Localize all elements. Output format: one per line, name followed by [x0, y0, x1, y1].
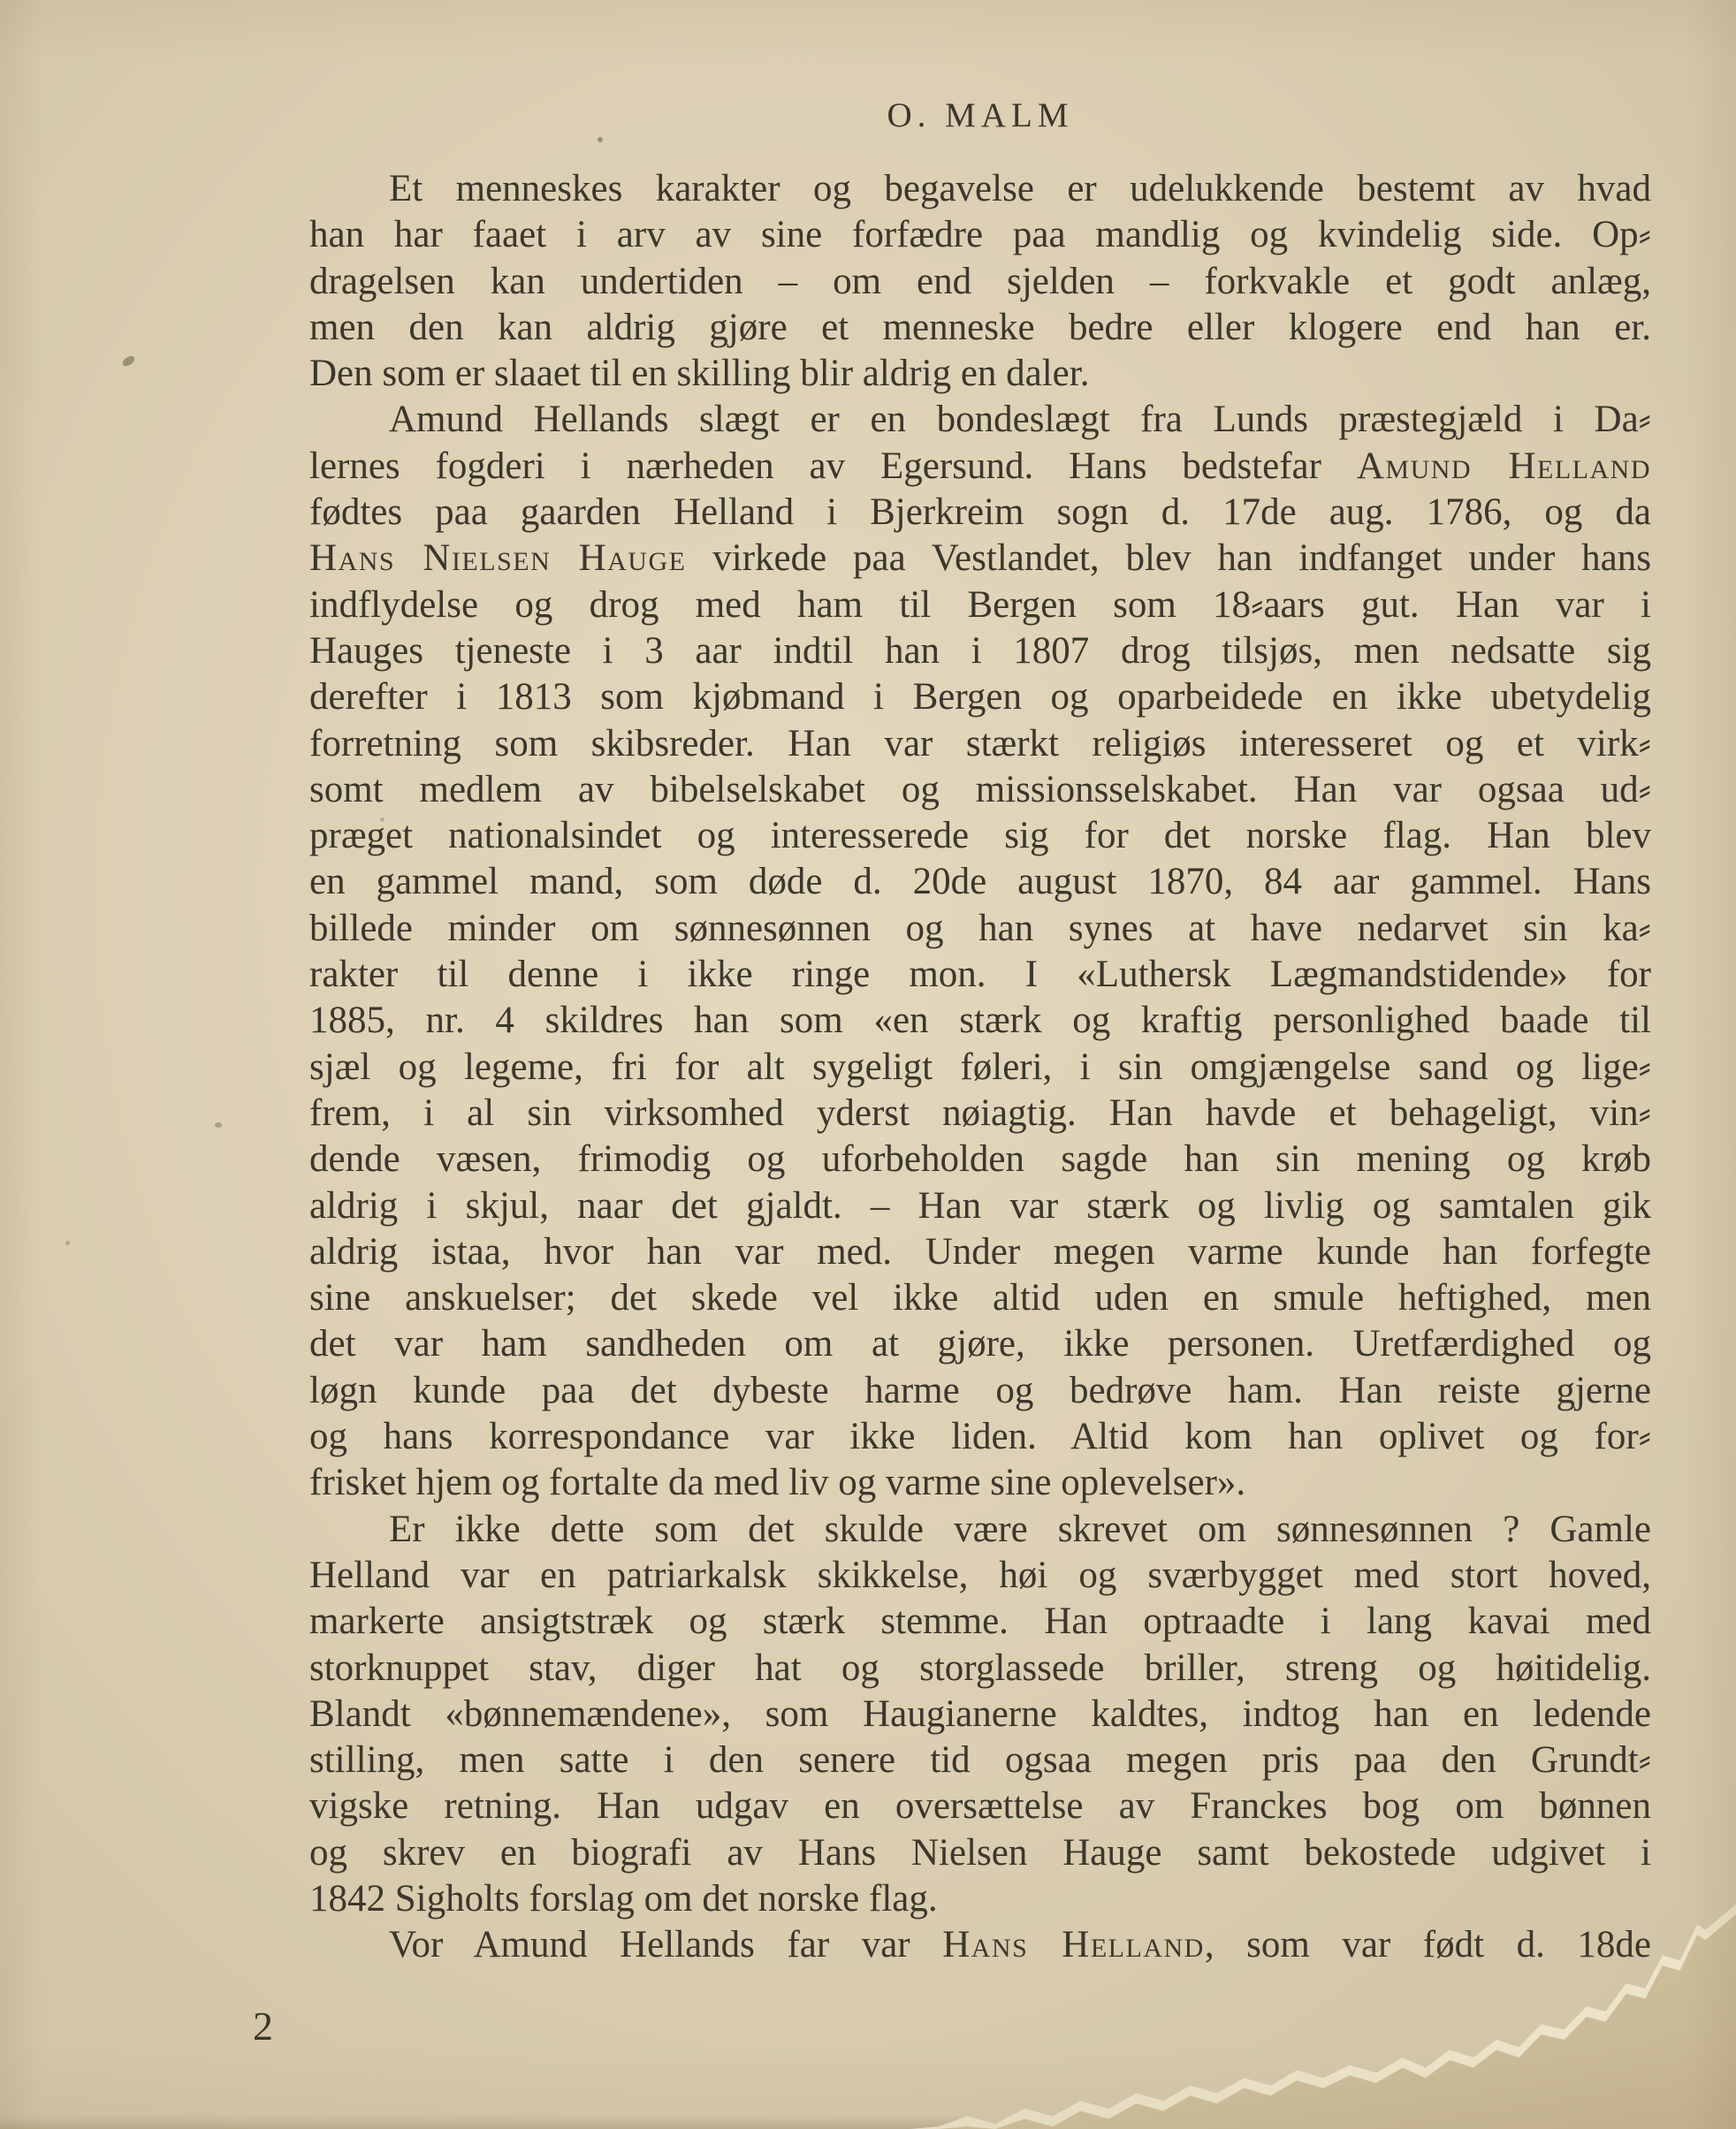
text-line: dende væsen, frimodig og uforbeholden sa…: [309, 1137, 1651, 1182]
page-header: O. MALM: [309, 95, 1651, 135]
text-line: frisket hjem og fortalte da med liv og v…: [309, 1460, 1651, 1506]
text-line: markerte ansigtstræk og stærk stemme. Ha…: [309, 1599, 1651, 1645]
text-line: Amund Hellands slægt er en bondeslægt fr…: [309, 397, 1651, 443]
text-segment: aldrig istaa, hvor han var med. Under me…: [309, 1231, 1651, 1273]
text-line: Hauges tjeneste i 3 aar indtil han i 180…: [309, 628, 1651, 674]
text-line: Er ikke dette som det skulde være skreve…: [309, 1507, 1651, 1553]
text-segment: Er ikke dette som det skulde være skreve…: [389, 1509, 1651, 1550]
person-name-smallcaps: Amund Helland: [1357, 445, 1651, 487]
text-line: aldrig i skjul, naar det gjaldt. – Han v…: [309, 1183, 1651, 1229]
text-segment: 1885, nr. 4 skildres han som «en stærk o…: [309, 1000, 1651, 1041]
text-segment: og skrev en biografi av Hans Nielsen Hau…: [309, 1832, 1651, 1874]
text-line: somt medlem av bibelselskabet og mission…: [309, 767, 1651, 813]
text-segment: en gammel mand, som døde d. 20de august …: [309, 861, 1651, 902]
text-segment: og hans korrespondance var ikke liden. A…: [309, 1416, 1651, 1457]
text-segment: Vor Amund Hellands far var: [389, 1924, 942, 1966]
text-segment: somt medlem av bibelselskabet og mission…: [309, 769, 1651, 810]
text-segment: Helland var en patriarkalsk skikkelse, h…: [309, 1555, 1651, 1596]
text-segment: sjæl og legeme, fri for alt sygeligt føl…: [309, 1046, 1651, 1088]
text-segment: derefter i 1813 som kjøbmand i Bergen og…: [309, 676, 1651, 718]
text-segment: løgn kunde paa det dybeste harme og bedr…: [309, 1370, 1651, 1411]
text-segment: forretning som skibsreder. Han var stærk…: [309, 723, 1651, 764]
text-line: dragelsen kan undertiden – om end sjelde…: [309, 259, 1651, 305]
text-segment: lernes fogderi i nærheden av Egersund. H…: [309, 445, 1357, 487]
text-line: og skrev en biografi av Hans Nielsen Hau…: [309, 1830, 1651, 1876]
text-line: Den som er slaaet til en skilling blir a…: [309, 351, 1651, 397]
text-line: billede minder om sønnesønnen og han syn…: [309, 906, 1651, 952]
text-line: det var ham sandheden om at gjøre, ikke …: [309, 1321, 1651, 1367]
text-line: 1885, nr. 4 skildres han som «en stærk o…: [309, 998, 1651, 1044]
underlying-page: [910, 1874, 1736, 2129]
text-line: aldrig istaa, hvor han var med. Under me…: [309, 1229, 1651, 1275]
text-segment: han har faaet i arv av sine forfædre paa…: [309, 214, 1651, 255]
text-line: rakter til denne i ikke ringe mon. I «Lu…: [309, 952, 1651, 998]
text-segment: billede minder om sønnesønnen og han syn…: [309, 908, 1651, 949]
text-line: løgn kunde paa det dybeste harme og bedr…: [309, 1368, 1651, 1414]
text-segment: dragelsen kan undertiden – om end sjelde…: [309, 261, 1651, 302]
text-segment: sine anskuelser; det skede vel ikke alti…: [309, 1277, 1651, 1319]
book-page-scan: O. MALM Et menneskes karakter og begavel…: [0, 0, 1736, 2129]
text-segment: Et menneskes karakter og begavelse er ud…: [389, 168, 1651, 209]
text-segment: 1842 Sigholts forslag om det norske flag…: [309, 1878, 938, 1920]
text-segment: rakter til denne i ikke ringe mon. I «Lu…: [309, 954, 1651, 995]
text-segment: Den som er slaaet til en skilling blir a…: [309, 353, 1089, 394]
text-line: storknuppet stav, diger hat og storglass…: [309, 1646, 1651, 1692]
text-segment: indflydelse og drog med ham til Bergen s…: [309, 584, 1651, 626]
text-line: Blandt «bønnemændene», som Haugianerne k…: [309, 1692, 1651, 1737]
text-segment: Hauges tjeneste i 3 aar indtil han i 180…: [309, 630, 1651, 672]
page-number: 2: [253, 2003, 273, 2049]
paper-speck: [380, 817, 385, 822]
text-segment: Amund Hellands slægt er en bondeslægt fr…: [389, 399, 1651, 440]
text-line: fødtes paa gaarden Helland i Bjerkreim s…: [309, 490, 1651, 536]
text-segment: det var ham sandheden om at gjøre, ikke …: [309, 1323, 1651, 1365]
paper-speck: [65, 1241, 70, 1245]
page-bottom-edge-shadow: [0, 2115, 972, 2129]
torn-corner: [910, 1874, 1736, 2129]
text-segment: aldrig i skjul, naar det gjaldt. – Han v…: [309, 1185, 1651, 1227]
text-line: forretning som skibsreder. Han var stærk…: [309, 721, 1651, 767]
text-segment: vigske retning. Han udgav en oversættels…: [309, 1785, 1651, 1827]
paper-speck: [598, 137, 603, 142]
text-segment: frem, i al sin virksomhed yderst nøiagti…: [309, 1092, 1651, 1134]
text-line: frem, i al sin virksomhed yderst nøiagti…: [309, 1091, 1651, 1137]
text-line: sjæl og legeme, fri for alt sygeligt føl…: [309, 1045, 1651, 1091]
text-segment: Blandt «bønnemændene», som Haugianerne k…: [309, 1693, 1651, 1735]
text-segment: fødtes paa gaarden Helland i Bjerkreim s…: [309, 491, 1651, 533]
text-line: præget nationalsindet og interesserede s…: [309, 813, 1651, 859]
text-line: stilling, men satte i den senere tid ogs…: [309, 1737, 1651, 1783]
text-line: men den kan aldrig gjøre et menneske bed…: [309, 305, 1651, 351]
text-segment: virkede paa Vestlandet, blev han indfang…: [686, 537, 1651, 579]
text-line: Helland var en patriarkalsk skikkelse, h…: [309, 1553, 1651, 1599]
text-line: Hans Nielsen Hauge virkede paa Vestlande…: [309, 536, 1651, 582]
text-line: Et menneskes karakter og begavelse er ud…: [309, 166, 1651, 212]
paper-speck: [215, 1122, 222, 1128]
text-segment: frisket hjem og fortalte da med liv og v…: [309, 1462, 1245, 1503]
text-block: Et menneskes karakter og begavelse er ud…: [309, 166, 1651, 1969]
text-line: lernes fogderi i nærheden av Egersund. H…: [309, 444, 1651, 490]
text-segment: storknuppet stav, diger hat og storglass…: [309, 1647, 1651, 1689]
text-line: vigske retning. Han udgav en oversættels…: [309, 1783, 1651, 1829]
text-line: han har faaet i arv av sine forfædre paa…: [309, 212, 1651, 258]
person-name-smallcaps: Hans Nielsen Hauge: [309, 537, 686, 579]
text-segment: markerte ansigtstræk og stærk stemme. Ha…: [309, 1601, 1651, 1642]
text-line: derefter i 1813 som kjøbmand i Bergen og…: [309, 674, 1651, 720]
text-segment: stilling, men satte i den senere tid ogs…: [309, 1739, 1651, 1781]
text-line: sine anskuelser; det skede vel ikke alti…: [309, 1275, 1651, 1321]
text-segment: men den kan aldrig gjøre et menneske bed…: [309, 307, 1651, 348]
paper-speck: [121, 354, 136, 369]
text-line: indflydelse og drog med ham til Bergen s…: [309, 582, 1651, 628]
text-segment: dende væsen, frimodig og uforbeholden sa…: [309, 1138, 1651, 1180]
text-line: og hans korrespondance var ikke liden. A…: [309, 1414, 1651, 1460]
text-line: en gammel mand, som døde d. 20de august …: [309, 859, 1651, 905]
text-segment: præget nationalsindet og interesserede s…: [309, 815, 1651, 856]
